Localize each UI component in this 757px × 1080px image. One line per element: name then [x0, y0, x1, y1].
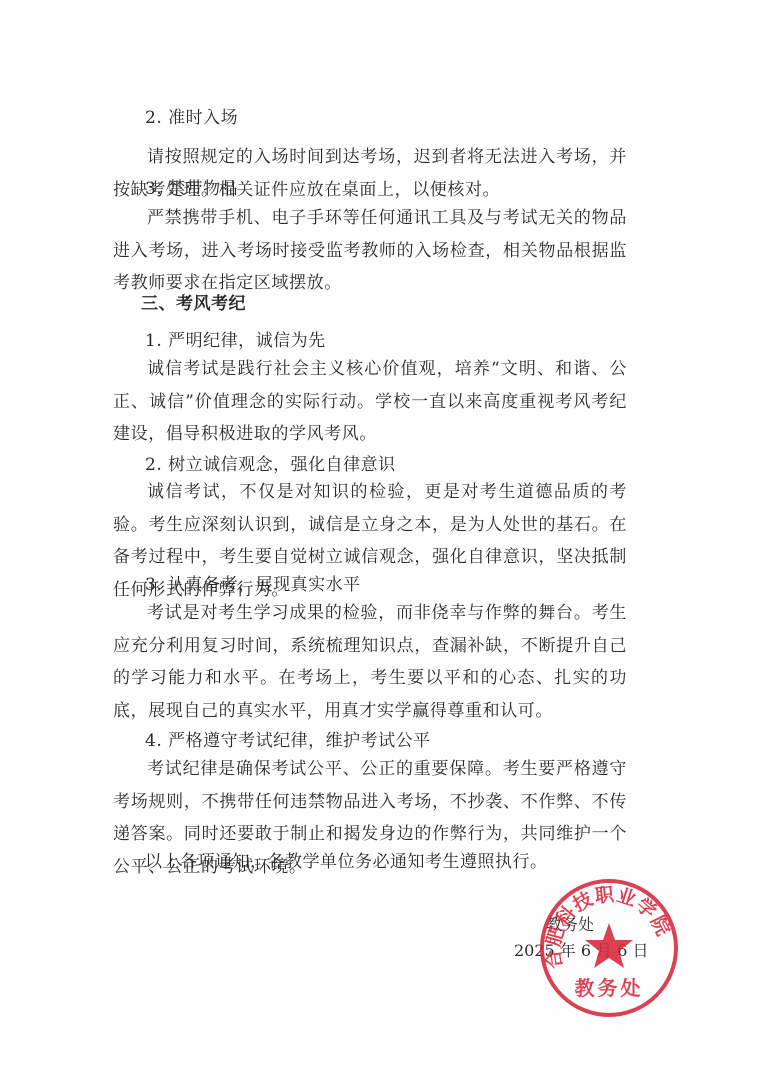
chapter-three-title: 三、考风考纪 [141, 294, 246, 314]
closing-statement: 以上各项通知，各教学单位务必通知考生遵照执行。 [145, 852, 548, 872]
item-heading-integrity: 2. 树立诚信观念，强化自律意识 [145, 455, 396, 475]
official-seal-stamp: 合肥科技职业学院 教务处 [538, 877, 680, 1019]
section-heading-admission: 2. 准时入场 [145, 108, 238, 128]
section-heading-prohibited-items: 3. 禁带物品 [145, 179, 238, 199]
item-heading-preparation: 3. 认真备考，展现真实水平 [145, 575, 361, 595]
stamp-bottom-text: 教务处 [575, 976, 644, 1000]
document-page: 2. 准时入场 请按照规定的入场时间到达考场，迟到者将无法进入考场，并按缺考处理… [0, 0, 757, 1080]
star-icon [585, 923, 633, 968]
item-body-preparation: 考试是对考生学习成果的检验，而非侥幸与作弊的舞台。考生应充分利用复习时间，系统梳… [113, 597, 627, 727]
item-heading-exam-rules: 4. 严格遵守考试纪律，维护考试公平 [145, 731, 431, 751]
section-body-prohibited-items: 严禁携带手机、电子手环等任何通讯工具及与考试无关的物品进入考场，进入考场时接受监… [113, 202, 627, 300]
item-heading-discipline: 1. 严明纪律，诚信为先 [145, 331, 326, 351]
item-body-discipline: 诚信考试是践行社会主义核心价值观，培养“文明、和谐、公正、诚信”价值理念的实际行… [113, 353, 627, 451]
